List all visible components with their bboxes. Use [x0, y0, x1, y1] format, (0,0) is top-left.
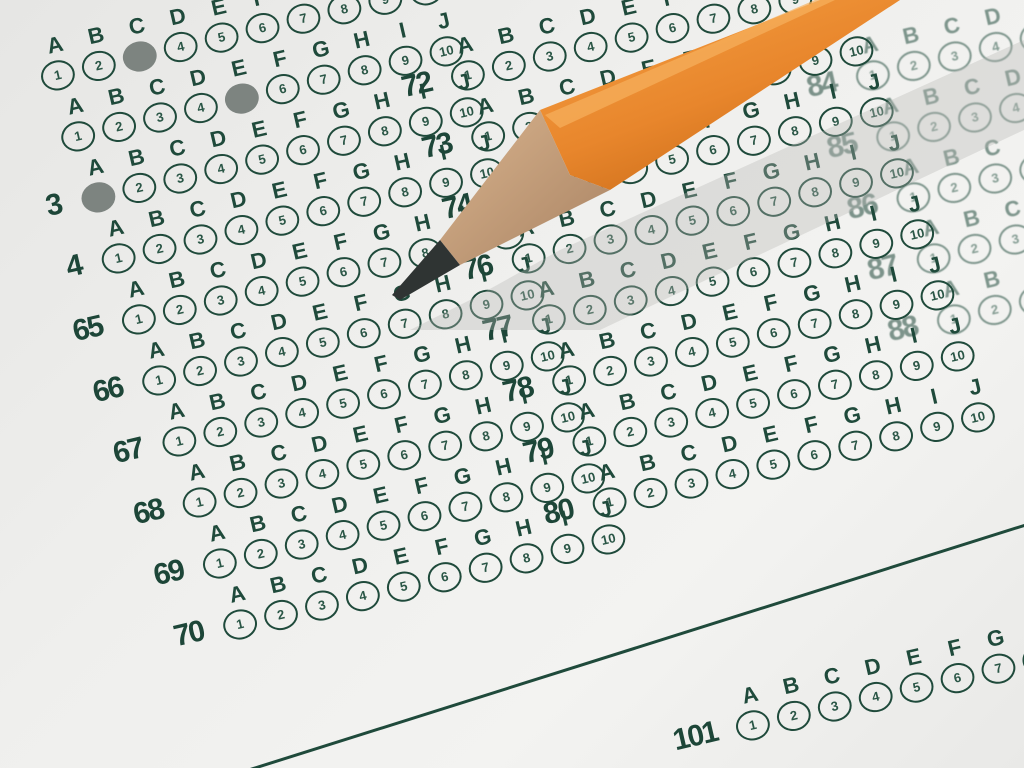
pencil	[0, 0, 1024, 768]
